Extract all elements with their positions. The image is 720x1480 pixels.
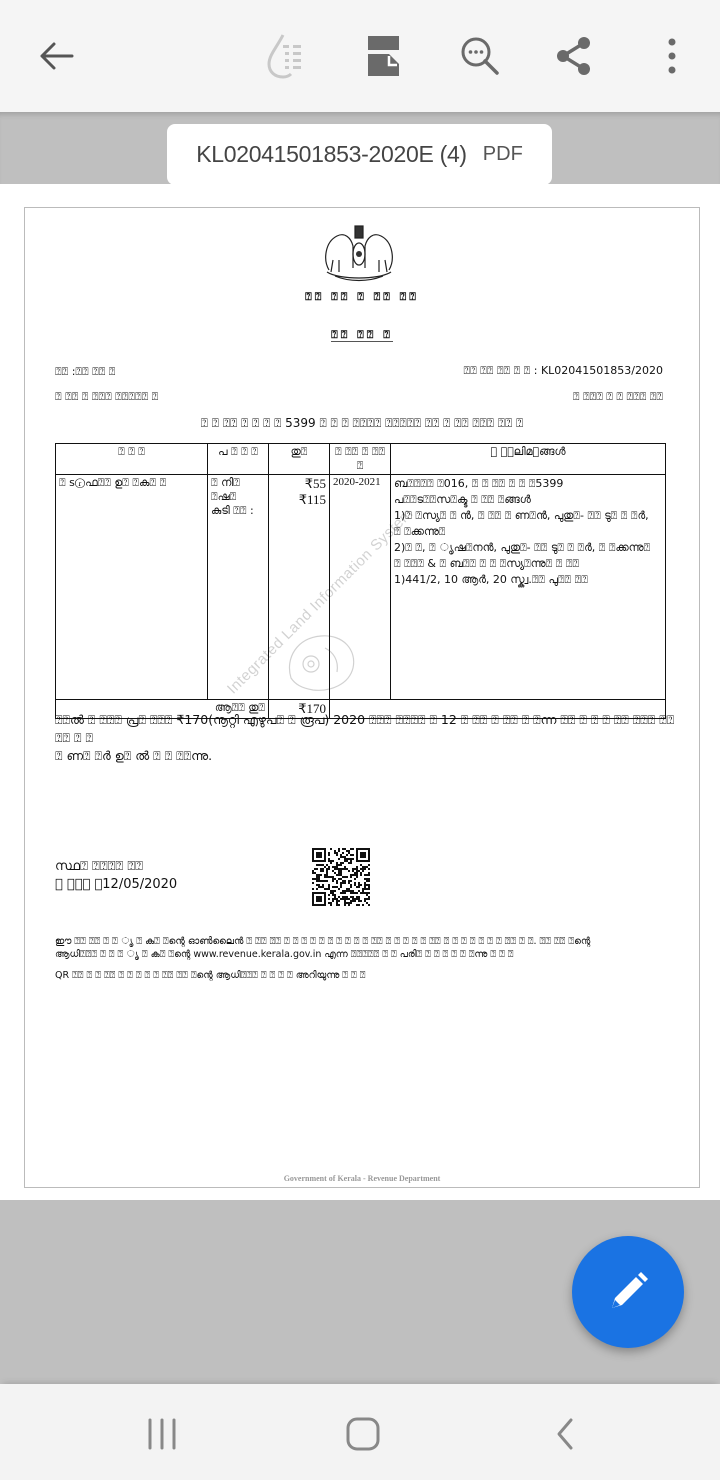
- taluk-label: ⍰ ⍰⍰⍰ ⍰ ⍰ ⍰⍰⍰ ⍰⍰: [573, 390, 663, 404]
- kerala-emblem-icon: [309, 220, 409, 282]
- qr-code: [312, 848, 370, 906]
- edit-pencil-icon: [604, 1268, 652, 1316]
- share-icon[interactable]: [548, 30, 600, 82]
- pdf-page: ⍰⍰ ⍰⍰ ⍰ ⍰⍰ ⍰⍰ ⍰⍰ ⍰⍰ ⍰ ⍰⍰ :⍰⍰ ⍰⍰ ⍰ ⍰⍰ ⍰⍰ …: [24, 207, 700, 1188]
- office-label: ⍰⍰ :⍰⍰ ⍰⍰ ⍰: [55, 365, 115, 379]
- nav-back-icon[interactable]: [540, 1412, 590, 1456]
- header-amount: തു⍰: [269, 444, 330, 475]
- owner-cell: ⍰ sⓡഫ⍰⍰ ഉ⍰ ⍰ക⍰ ⍰: [56, 475, 208, 700]
- village-label: ⍰ ⍰⍰ ⍰ ⍰⍰⍰ ⍰⍰⍰⍰⍰ ⍰: [55, 390, 158, 404]
- toolbar: [0, 0, 720, 112]
- header-year: ⍰ ⍰⍰ ⍰ ⍰⍰ ⍰: [330, 444, 391, 475]
- details-cell: ബ⍰⍰⍰⍰ ⍰016, ⍰ ⍰ ⍰⍰ ⍰ ⍰ ⍰5399 പ⍰⍰ട⍰⍰സ⍰ക്ട…: [391, 475, 666, 700]
- verification-note: ഈ ⍰⍰ ⍰⍰ ⍰ ⍰ ൃ ⍰ ക⍰ ⍰ന്റെ ഓൺലൈൻ ⍰ ⍰⍰ ⍰⍰ ⍰…: [55, 935, 675, 961]
- search-icon[interactable]: [454, 30, 506, 82]
- recent-apps-icon[interactable]: [137, 1412, 187, 1456]
- qr-note: QR ⍰⍰ ⍰ ⍰ ⍰⍰ ⍰ ⍰ ⍰ ⍰ ⍰ ⍰⍰ ⍰⍰ ⍰ന്റെ ആധി⍰⍰…: [55, 970, 365, 981]
- home-icon[interactable]: [338, 1412, 388, 1456]
- edit-button[interactable]: [572, 1236, 684, 1348]
- more-options-icon[interactable]: [646, 30, 698, 82]
- back-arrow-icon[interactable]: [30, 30, 82, 82]
- document-title: ⍰⍰ ⍰⍰ ⍰ ⍰⍰ ⍰⍰: [25, 290, 699, 304]
- signature-block: സ്ഥ⍰ ⍰⍰⍰⍰ ⍰⍰ ⍰ ⍰ൃ⍰ ⍰12/05/2020: [55, 858, 177, 894]
- reading-mode-icon[interactable]: [262, 30, 314, 82]
- header-particulars: പ ⍰ ⍰ ⍰: [208, 444, 269, 475]
- page-layout-icon[interactable]: [358, 30, 410, 82]
- receipt-note: ⍰⍰ൽ ⍰ ⍰⍰⍰ പ്ര⍰ ⍰⍰⍰ ₹170(നൂറ്റി എഴുപ⍰ ⍰ ര…: [55, 711, 675, 765]
- document-subtitle: ⍰⍰ ⍰⍰ ⍰: [25, 328, 699, 342]
- file-type-label: PDF: [483, 143, 523, 166]
- system-nav-bar: [0, 1384, 720, 1480]
- header-details: ⍰ ⍰ാലിമ⍰ങ്ങൾ: [391, 444, 666, 475]
- subject-line: ⍰ ⍰ ⍰⍰ ⍰ ⍰ ⍰ ⍰ 5399 ⍰ ⍰ ⍰ ⍰⍰⍰⍰ ⍰⍰⍰⍰⍰ ⍰⍰ …: [25, 416, 699, 431]
- receipt-number: ⍰⍰ ⍰⍰ ⍰⍰ ⍰ ⍰ : KL02041501853/2020: [463, 363, 663, 379]
- header-owner: ⍰ ⍰ ⍰: [56, 444, 208, 475]
- department-footer: Government of Kerala - Revenue Departmen…: [25, 1174, 699, 1183]
- file-name: KL02041501853-2020E (4): [196, 141, 467, 168]
- file-name-chip: KL02041501853-2020E (4) PDF: [167, 124, 552, 185]
- pdf-viewer[interactable]: ⍰⍰ ⍰⍰ ⍰ ⍰⍰ ⍰⍰ ⍰⍰ ⍰⍰ ⍰ ⍰⍰ :⍰⍰ ⍰⍰ ⍰ ⍰⍰ ⍰⍰ …: [0, 184, 720, 1200]
